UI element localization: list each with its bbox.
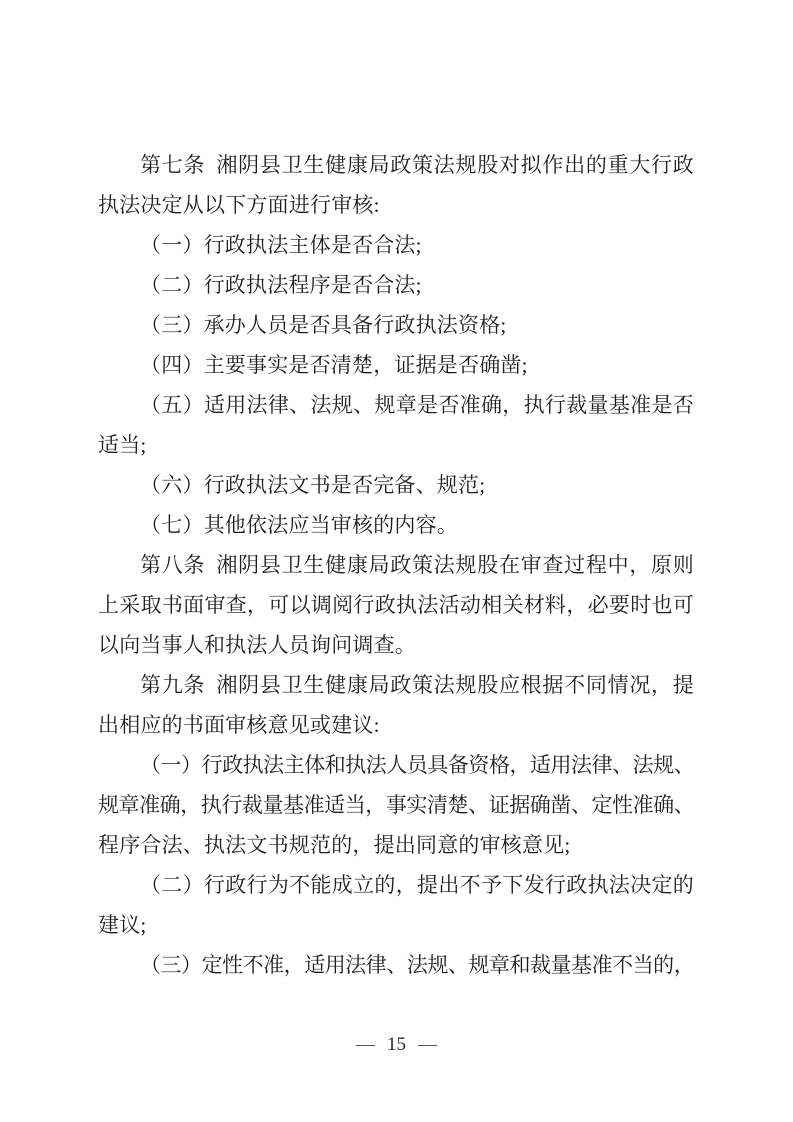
text-line: （一）行政执法主体是否合法; [98,225,694,265]
text-line: 执法决定从以下方面进行审核: [98,185,694,225]
text-line: （三）定性不准，适用法律、法规、规章和裁量基准不当的， [98,945,694,985]
text-line: 以向当事人和执法人员询问调查。 [98,625,694,665]
text-line: （二）行政行为不能成立的，提出不予下发行政执法决定的 [98,865,694,905]
text-line: 规章准确，执行裁量基准适当，事实清楚、证据确凿、定性准确、 [98,785,694,825]
text-line: （三）承办人员是否具备行政执法资格; [98,305,694,345]
text-line: （七）其他依法应当审核的内容。 [98,505,694,545]
text-line: 程序合法、执法文书规范的，提出同意的审核意见; [98,825,694,865]
text-line: 出相应的书面审核意见或建议: [98,705,694,745]
footer-right-dash: — [418,1034,437,1055]
text-line: 建议; [98,905,694,945]
footer-left-dash: — [356,1034,375,1055]
page-number: 15 [387,1034,406,1055]
text-line: 适当; [98,425,694,465]
text-line: （五）适用法律、法规、规章是否准确，执行裁量基准是否 [98,385,694,425]
document-page: 第七条 湘阴县卫生健康局政策法规股对拟作出的重大行政 执法决定从以下方面进行审核… [0,0,793,1122]
page-footer: —15— [0,1032,793,1058]
text-line: 第九条 湘阴县卫生健康局政策法规股应根据不同情况，提 [98,665,694,705]
text-line: （六）行政执法文书是否完备、规范; [98,465,694,505]
text-line: 上采取书面审查，可以调阅行政执法活动相关材料，必要时也可 [98,585,694,625]
text-line: （一）行政执法主体和执法人员具备资格，适用法律、法规、 [98,745,694,785]
text-line: （二）行政执法程序是否合法; [98,265,694,305]
text-line: （四）主要事实是否清楚，证据是否确凿; [98,345,694,385]
text-line: 第八条 湘阴县卫生健康局政策法规股在审查过程中，原则 [98,545,694,585]
text-line: 第七条 湘阴县卫生健康局政策法规股对拟作出的重大行政 [98,145,694,185]
document-body: 第七条 湘阴县卫生健康局政策法规股对拟作出的重大行政 执法决定从以下方面进行审核… [98,145,694,985]
